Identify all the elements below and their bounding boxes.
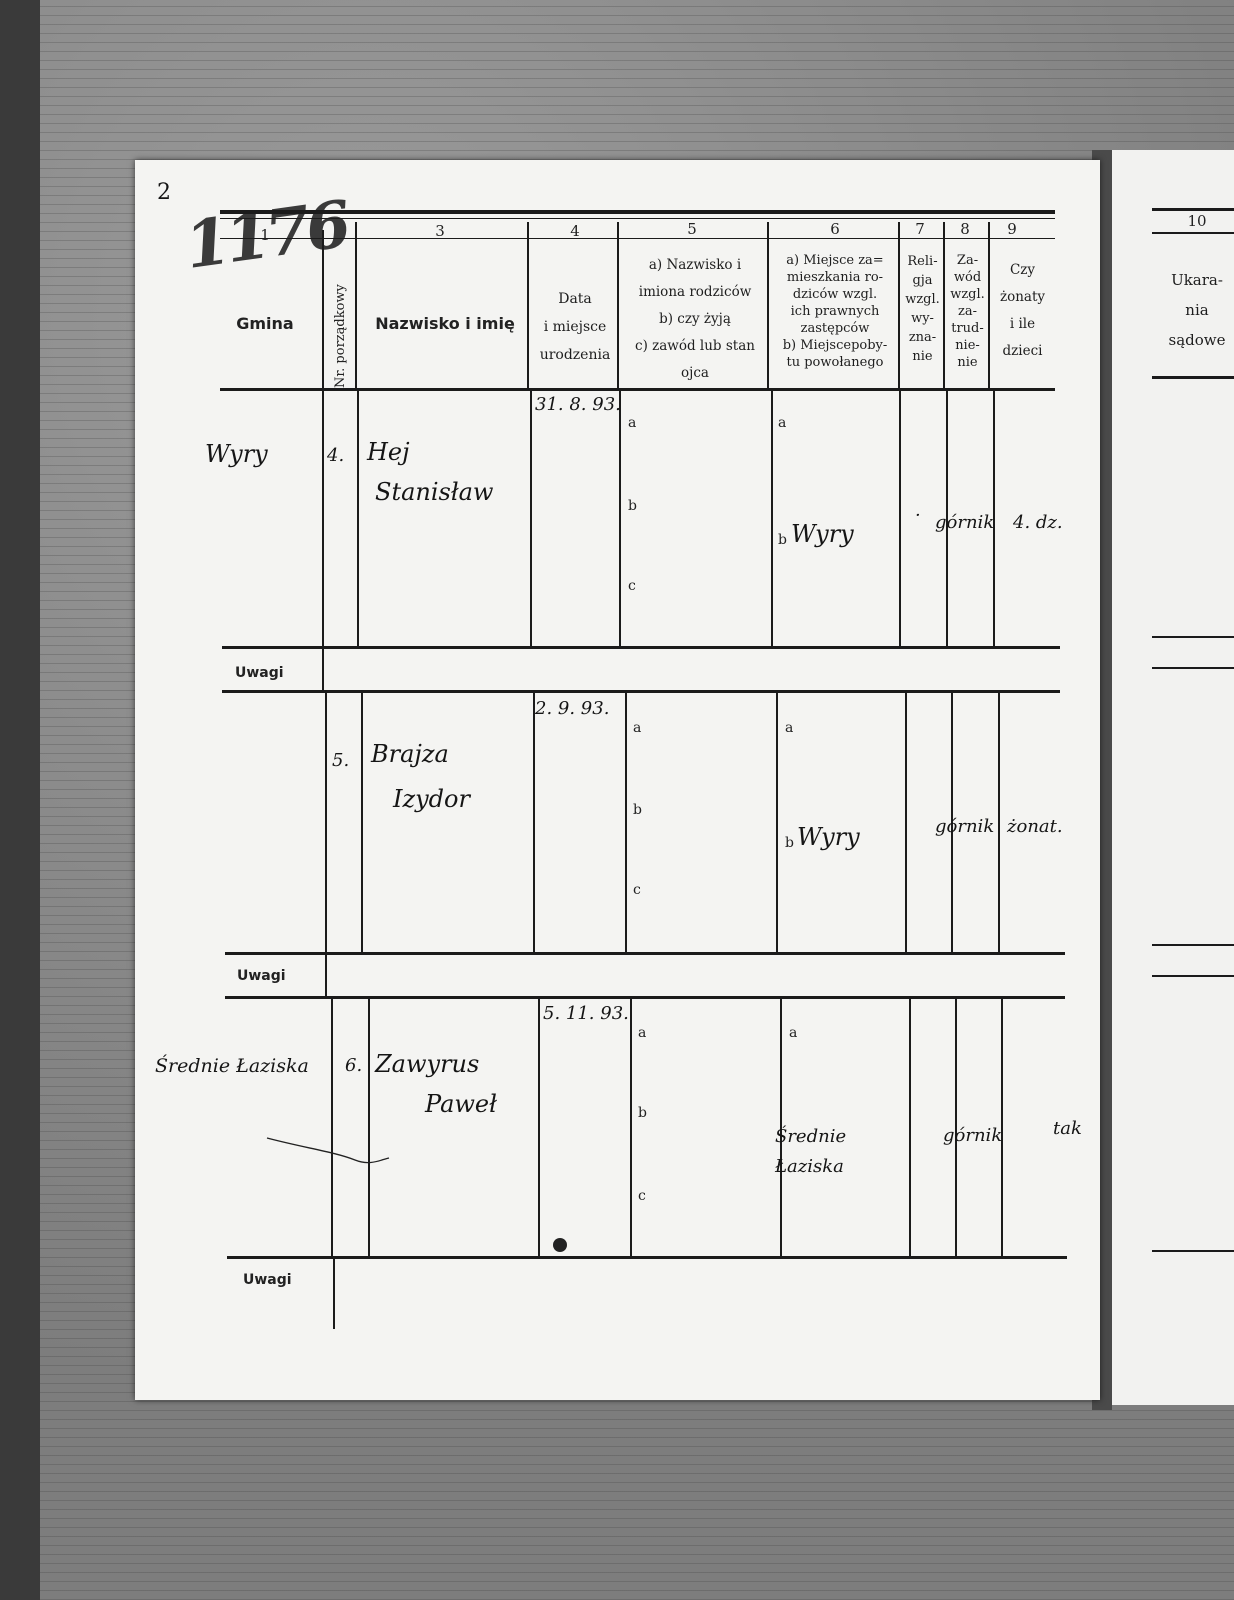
row-1-religion: · xyxy=(915,505,921,526)
ink-blot xyxy=(553,1238,567,1252)
column-header-name: Nazwisko i imię xyxy=(360,315,530,332)
row-1-remarks-field xyxy=(327,652,1057,688)
column-header-birth: Data i miejsce urodzenia xyxy=(530,285,620,369)
row-3-given-name: Paweł xyxy=(425,1090,497,1118)
row-3-occupation: górnik xyxy=(943,1125,1002,1146)
row-2-residence: Wyry xyxy=(797,823,860,851)
column-number-5: 5 xyxy=(672,220,712,238)
row-3-gmina: Średnie Łaziska xyxy=(155,1055,309,1077)
row-3-residence: Średnie Łaziska xyxy=(775,1122,846,1182)
column-header-gmina: Gmina xyxy=(215,315,315,332)
row-1-surname: Hej xyxy=(367,438,410,466)
row-1-birth-date: 31. 8. 93. xyxy=(535,394,621,415)
row-1-married-children: 4. dz. xyxy=(1013,512,1063,533)
row-2-surname: Brajza xyxy=(371,740,449,768)
column-header-parents: a) Nazwisko i imiona rodziców b) czy żyj… xyxy=(620,252,770,387)
column-header-residence: a) Miejsce za= mieszkania ro- dziców wzg… xyxy=(770,252,900,371)
row-1-nr: 4. xyxy=(327,445,344,466)
column-number-7: 7 xyxy=(905,220,935,238)
column-10-header: Ukara- nia sądowe xyxy=(1142,265,1234,355)
row-1-gmina: Wyry xyxy=(205,440,268,468)
column-number-6: 6 xyxy=(815,220,855,238)
row-3-birth-date: 5. 11. 93. xyxy=(543,1003,629,1024)
register-page: 2 1176 1 3 4 5 6 7 8 9 Gmina Nr. porządk… xyxy=(135,160,1100,1400)
column-header-nr: Nr. porządkowy xyxy=(333,284,348,388)
row-3-remarks-field xyxy=(339,1262,1059,1322)
row-2-married-children: żonat. xyxy=(1007,816,1063,837)
column-number-1: 1 xyxy=(245,226,285,244)
row-2-occupation: górnik xyxy=(935,816,994,837)
row-2-nr: 5. xyxy=(332,750,349,771)
column-number-9: 9 xyxy=(997,220,1027,238)
row-3-nr: 6. xyxy=(345,1055,362,1076)
row-2-remarks-field xyxy=(331,958,1061,994)
row-2-given-name: Izydor xyxy=(393,785,470,813)
row-1-residence: Wyry xyxy=(791,520,854,548)
column-header-married: Czy żonaty i ile dzieci xyxy=(990,257,1055,365)
page-number: 2 xyxy=(157,180,171,205)
column-number-4: 4 xyxy=(555,222,595,240)
row-1-occupation: górnik xyxy=(935,512,994,533)
column-number-3: 3 xyxy=(420,222,460,240)
row-1-remarks-label: Uwagi xyxy=(235,665,284,681)
row-2-birth-date: 2. 9. 93. xyxy=(535,698,609,719)
scan-edge xyxy=(0,0,40,1600)
row-3-remarks-label: Uwagi xyxy=(243,1272,292,1288)
row-1-given-name: Stanisław xyxy=(375,478,493,506)
column-number-8: 8 xyxy=(950,220,980,238)
column-header-religion: Reli- gja wzgl. wy- zna- nie xyxy=(900,252,945,366)
stray-pen-stroke xyxy=(265,1130,395,1170)
row-3-surname: Zawyrus xyxy=(375,1050,479,1078)
column-header-occupation: Za- wód wzgl. za- trud- nie- nie xyxy=(945,252,990,371)
right-page: 10 Ukara- nia sądowe xyxy=(1112,150,1234,1405)
column-number-10: 10 xyxy=(1167,212,1227,230)
row-3-married-children: tak xyxy=(1053,1118,1082,1139)
row-2-remarks-label: Uwagi xyxy=(237,968,286,984)
